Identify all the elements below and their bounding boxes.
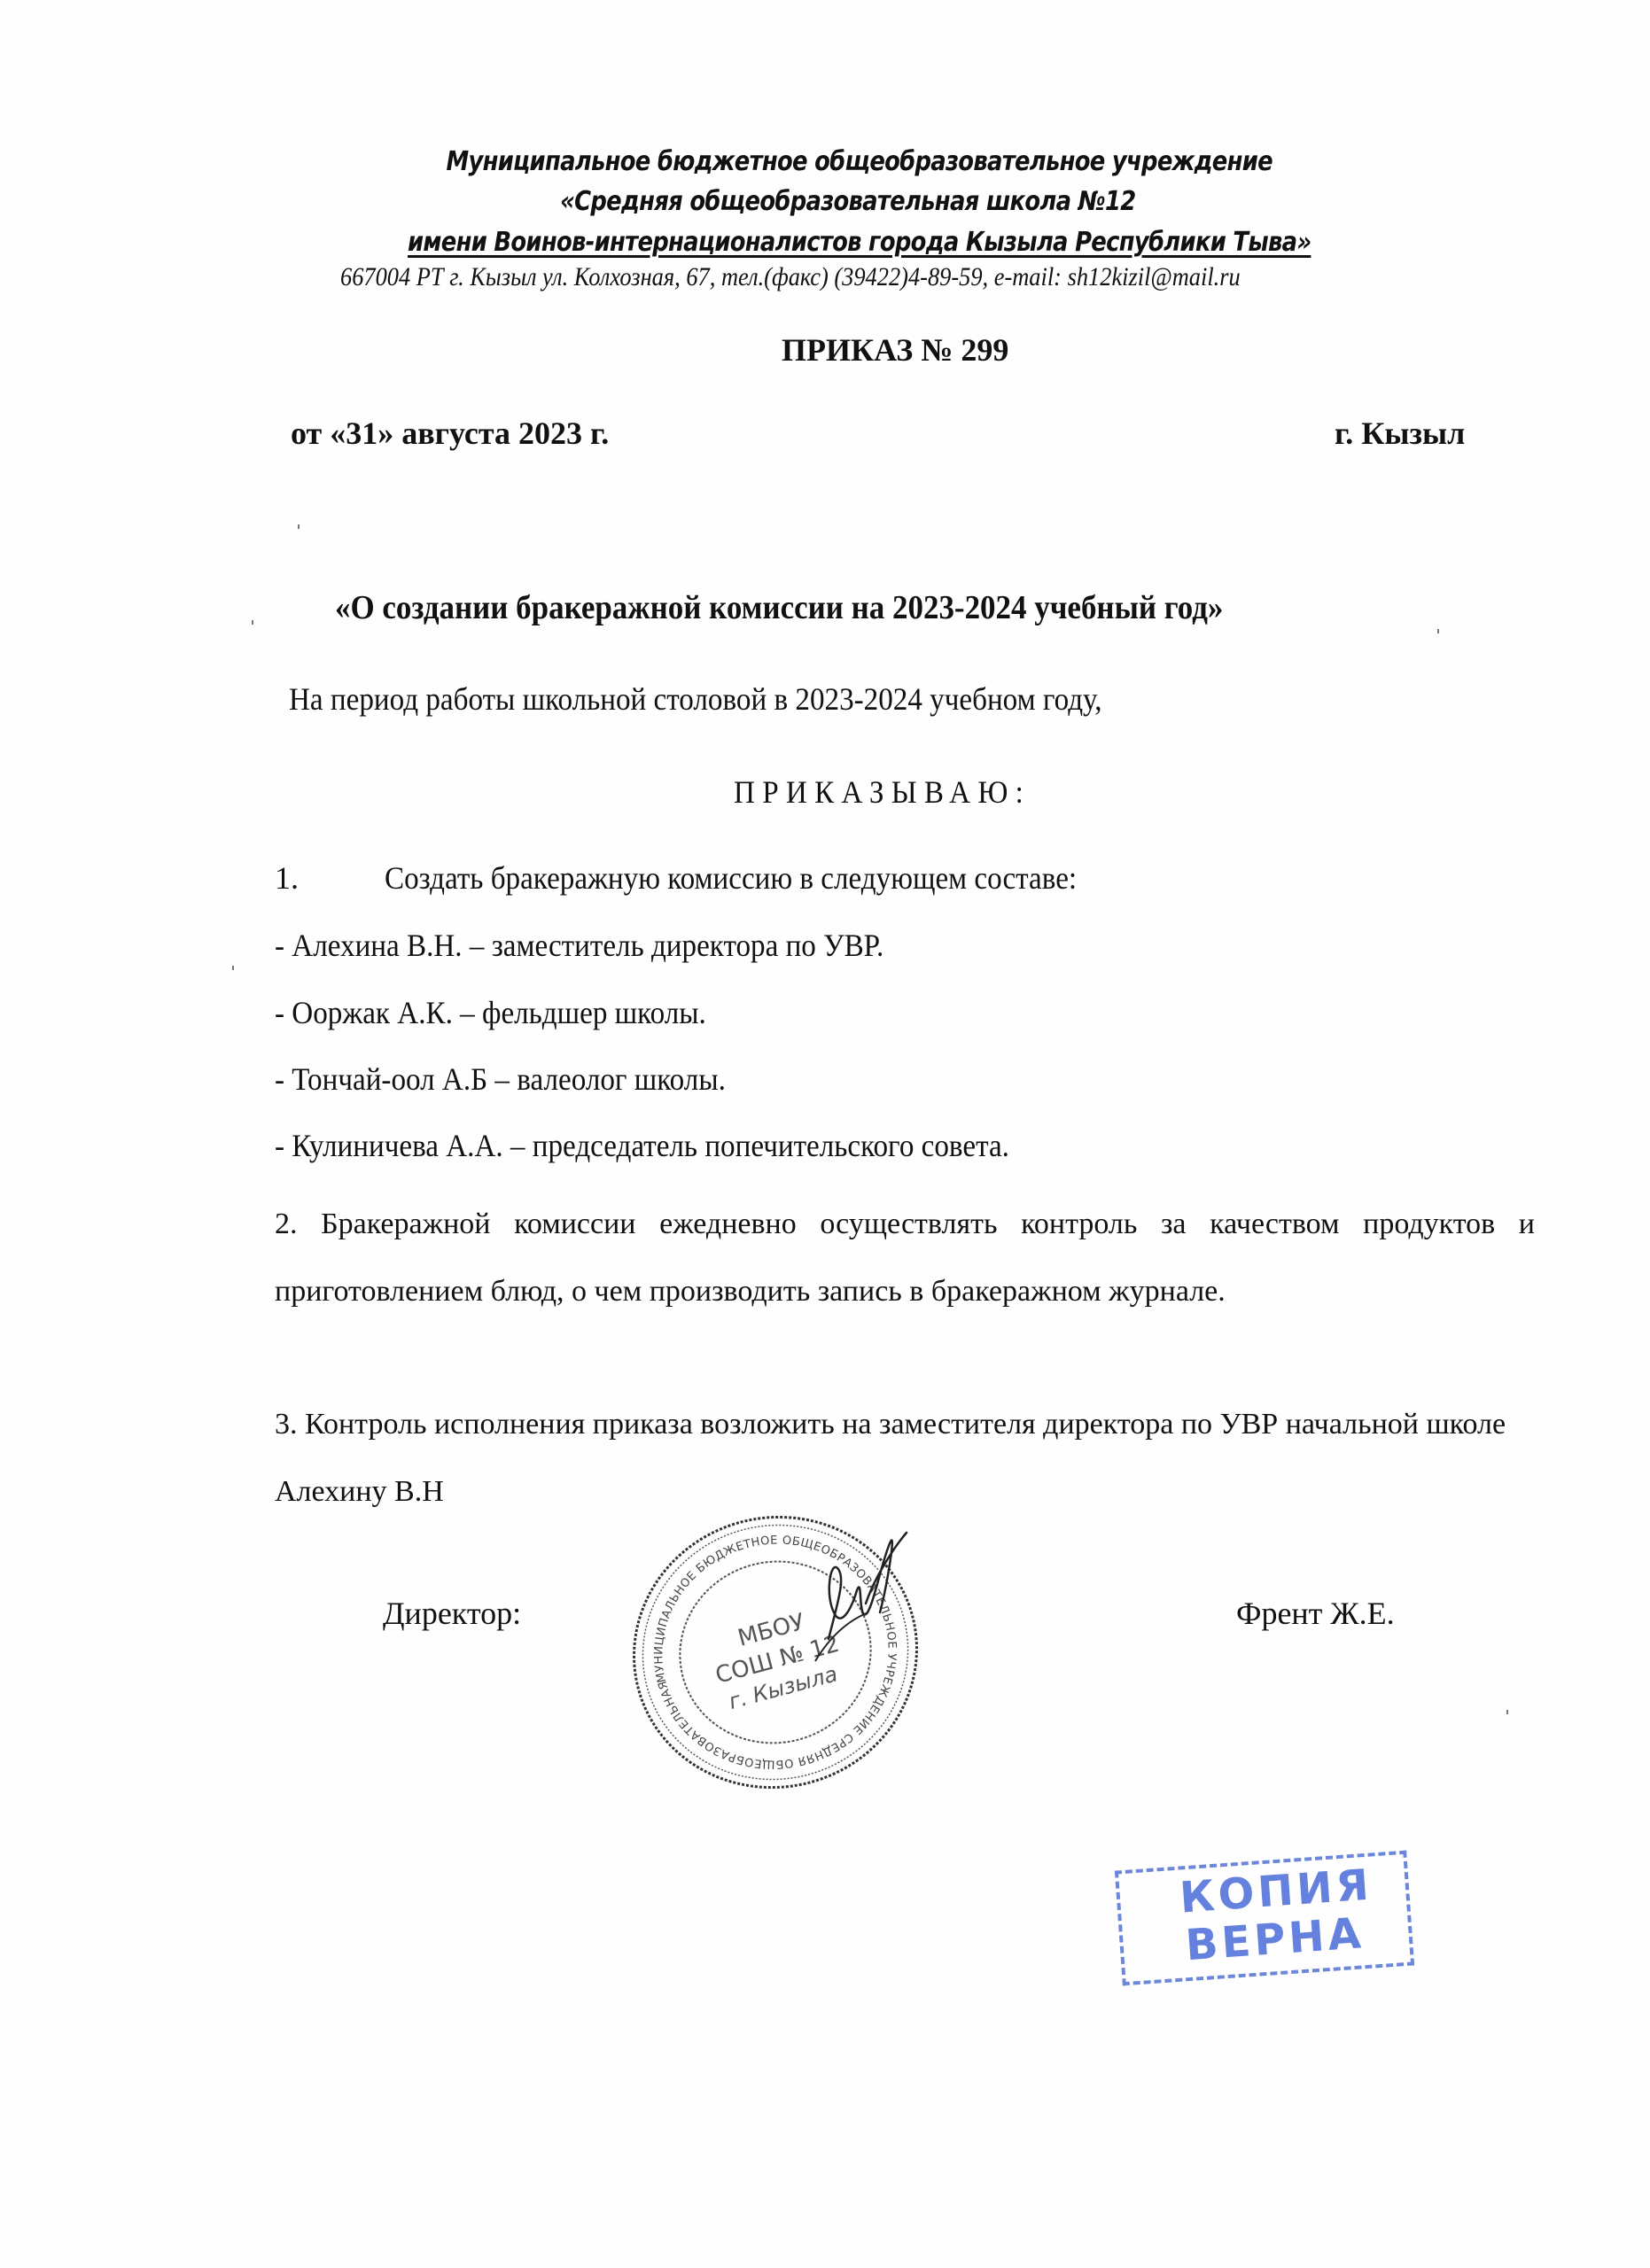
signatory-name: Френт Ж.Е.	[1236, 1595, 1395, 1632]
scan-speck	[298, 524, 300, 529]
order-directive: ПРИКАЗЫВАЮ:	[734, 773, 1031, 811]
scan-speck	[1437, 629, 1439, 633]
order-date: от «31» августа 2023 г.	[291, 415, 609, 452]
official-seal: МУНИЦИПАЛЬНОЕ БЮДЖЕТНОЕ ОБЩЕОБРАЗОВАТЕЛЬ…	[625, 1506, 926, 1798]
order-title: ПРИКАЗ № 299	[782, 331, 1008, 369]
letterhead-school-name: «Средняя общеобразовательная школа №12	[115, 186, 1534, 217]
scan-speck	[252, 620, 253, 625]
order-intro: На период работы школьной столовой в 202…	[289, 680, 1102, 718]
letterhead-address: 667004 РТ г. Кызыл ул. Колхозная, 67, те…	[340, 262, 1241, 292]
commission-member: - Кулиничева А.А. – председатель попечит…	[275, 1127, 1009, 1164]
scan-speck	[1506, 1710, 1508, 1714]
signature-label: Директор:	[383, 1595, 521, 1632]
document-page: Муниципальное бюджетное общеобразователь…	[0, 0, 1650, 2268]
seal-icon: МУНИЦИПАЛЬНОЕ БЮДЖЕТНОЕ ОБЩЕОБРАЗОВАТЕЛЬ…	[625, 1506, 926, 1798]
letterhead-school-honorific: имени Воинов-интернационалистов города К…	[115, 227, 1534, 258]
commission-member: - Тончай-оол А.Б – валеолог школы.	[275, 1060, 726, 1098]
copy-certified-stamp: КОПИЯ ВЕРНА	[1115, 1851, 1414, 1986]
item-2-text: 2. Бракеражной комиссии ежедневно осущес…	[275, 1191, 1535, 1325]
scan-speck	[232, 966, 234, 970]
order-city: г. Кызыл	[1335, 415, 1465, 452]
commission-member: - Ооржак А.К. – фельдшер школы.	[275, 994, 706, 1031]
order-subject: «О создании бракеражной комиссии на 2023…	[335, 588, 1223, 627]
letterhead-institution-type: Муниципальное бюджетное общеобразователь…	[115, 146, 1534, 177]
item-1-number: 1.	[275, 859, 299, 897]
item-1-text: Создать бракеражную комиссию в следующем…	[385, 859, 1077, 897]
letterhead-school-honorific-text: имени Воинов-интернационалистов города К…	[408, 227, 1311, 258]
commission-member: - Алехина В.Н. – заместитель директора п…	[275, 927, 883, 964]
